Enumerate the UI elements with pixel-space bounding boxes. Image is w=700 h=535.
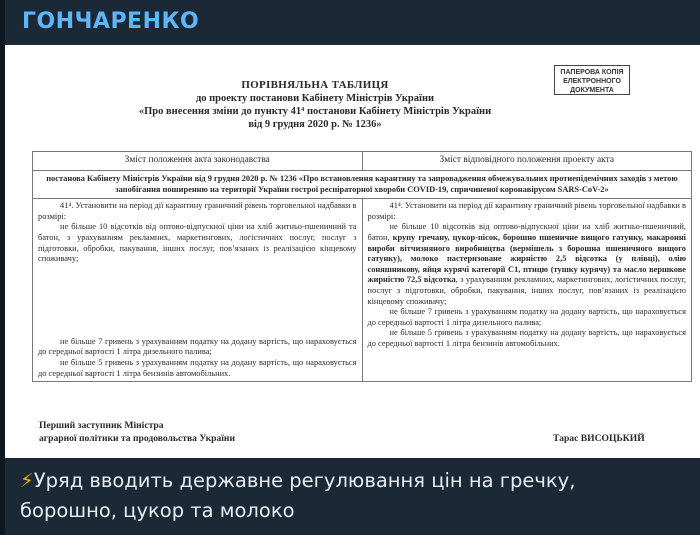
title-line: до проекту постанови Кабінету Міністрів … xyxy=(5,92,625,105)
paragraph: не більше 7 гривень з урахуванням податк… xyxy=(368,307,687,328)
paragraph: не більше 10 відсотків від оптово-відпус… xyxy=(368,222,687,307)
paragraph: не більше 10 відсотків від оптово-відпус… xyxy=(38,222,357,264)
table-header-row: Зміст положення акта законодавства Зміст… xyxy=(33,152,692,171)
column-header-proposed: Зміст відповідного положення проекту акт… xyxy=(362,152,692,171)
table-row: 41⁴. Установити на період дії карантину … xyxy=(33,199,692,382)
column-header-current: Зміст положення акта законодавства xyxy=(33,152,363,171)
paragraph: не більше 7 гривень з урахуванням податк… xyxy=(38,337,357,358)
table-row-span: постанова Кабінету Міністрів України від… xyxy=(33,171,692,199)
title-line: від 9 грудня 2020 р. № 1236» xyxy=(5,118,625,131)
proposed-provision-cell: 41⁴. Установити на період дії карантину … xyxy=(362,199,692,382)
title-line: «Про внесення зміни до пункту 41⁴ постан… xyxy=(5,105,625,118)
paragraph: не більше 5 гривень з урахуванням податк… xyxy=(368,328,687,349)
signatory-name: Тарас ВИСОЦЬКИЙ xyxy=(553,433,645,446)
paragraph: 41⁴. Установити на період дії карантину … xyxy=(38,201,357,222)
comparison-table: Зміст положення акта законодавства Зміст… xyxy=(32,151,692,382)
current-provision-cell: 41⁴. Установити на період дії карантину … xyxy=(33,199,363,382)
title-line: ПОРІВНЯЛЬНА ТАБЛИЦЯ xyxy=(5,79,625,92)
document-title: ПОРІВНЯЛЬНА ТАБЛИЦЯ до проекту постанови… xyxy=(5,79,625,131)
position-line: аграрної політики та продовольства Украї… xyxy=(39,433,235,446)
post-caption: ⚡Уряд вводить державне регулювання цін н… xyxy=(20,466,660,526)
paragraph: 41⁴. Установити на період дії карантину … xyxy=(368,201,687,222)
document-image[interactable]: ПАПЕРОВА КОПІЯ ЕЛЕКТРОННОГО ДОКУМЕНТА ПО… xyxy=(5,45,700,458)
paragraph: не більше 5 гривень з урахуванням податк… xyxy=(38,358,357,379)
channel-name[interactable]: ГОНЧАРЕНКО xyxy=(22,9,199,34)
position-line: Перший заступник Міністра xyxy=(39,420,235,433)
resolution-title: постанова Кабінету Міністрів України від… xyxy=(33,171,692,199)
signatory-position: Перший заступник Міністра аграрної політ… xyxy=(39,420,235,445)
caption-text: Уряд вводить державне регулювання цін на… xyxy=(20,469,575,522)
lightning-icon: ⚡ xyxy=(20,469,34,492)
stamp-line: ПАПЕРОВА КОПІЯ xyxy=(555,68,629,77)
